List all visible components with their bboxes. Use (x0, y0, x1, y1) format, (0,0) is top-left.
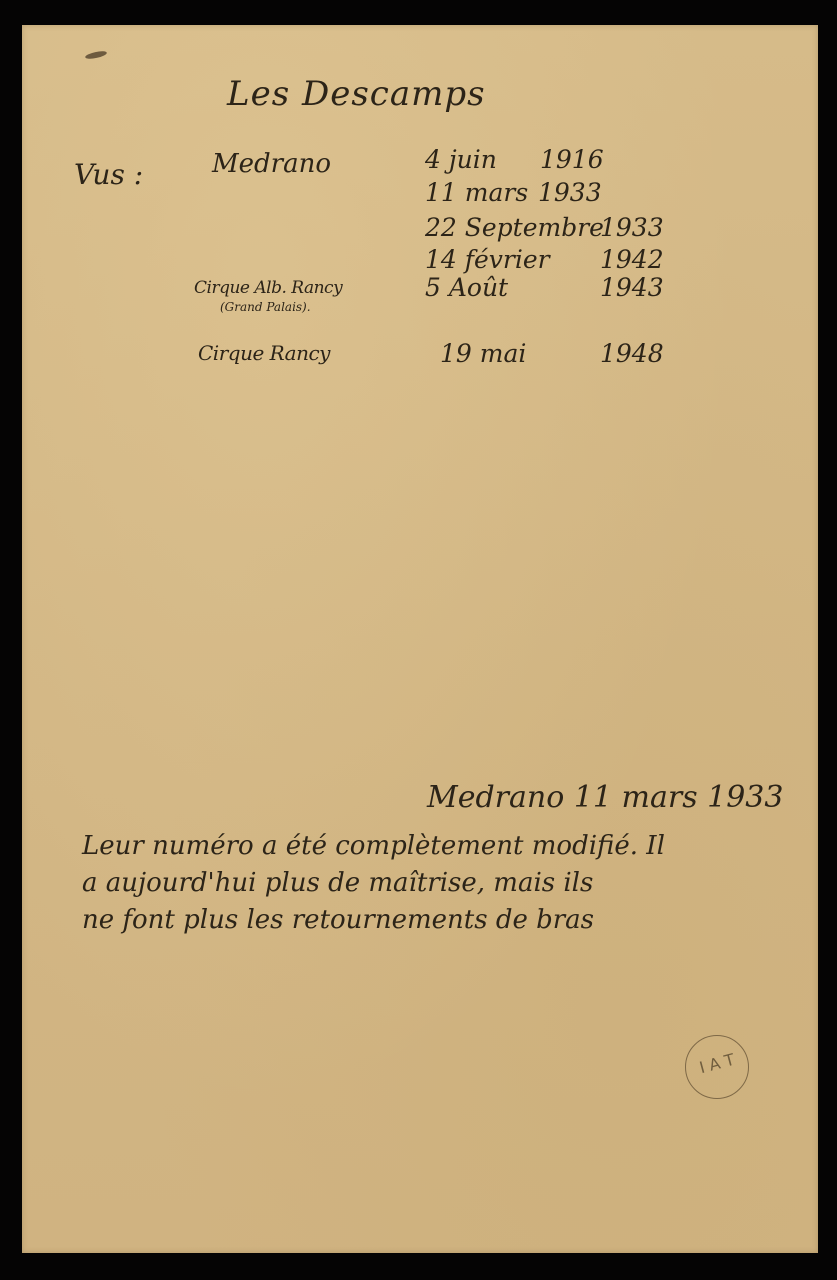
venue-cirque-rancy: Cirque Rancy (198, 343, 330, 363)
performance-year: 1942 (600, 247, 664, 272)
performance-date: 4 juin (425, 147, 497, 172)
stamp-text: I A T (685, 1046, 750, 1080)
performance-year: 1948 (600, 341, 664, 366)
seen-label: Vus : (74, 161, 143, 189)
note-line: ne font plus les retournements de bras (82, 907, 594, 933)
document-title: Les Descamps (227, 77, 486, 111)
ink-smudge (85, 50, 108, 60)
scanned-page: Les Descamps Vus : Medrano 4 juin 1916 1… (0, 0, 837, 1280)
performance-date: 11 mars (425, 180, 528, 205)
note-heading: Medrano 11 mars 1933 (427, 783, 783, 813)
performance-year: 1943 (600, 275, 664, 300)
performance-date: 22 Septembre (425, 215, 604, 240)
venue-cirque-alb-rancy: Cirque Alb. Rancy (194, 280, 342, 297)
performance-year: 1916 (540, 147, 604, 172)
note-line: a aujourd'hui plus de maîtrise, mais ils (82, 870, 593, 896)
performance-date: 19 mai (440, 341, 526, 366)
venue-note-grand-palais: (Grand Palais). (220, 301, 311, 313)
performance-year: 1933 (538, 180, 602, 205)
performance-date: 5 Août (425, 275, 508, 300)
venue-medrano: Medrano (212, 151, 331, 177)
performance-year: 1933 (600, 215, 664, 240)
library-stamp: I A T (685, 1035, 749, 1099)
paper-sheet: Les Descamps Vus : Medrano 4 juin 1916 1… (22, 25, 818, 1253)
performance-date: 14 février (425, 247, 550, 272)
note-line: Leur numéro a été complètement modifié. … (82, 833, 665, 859)
